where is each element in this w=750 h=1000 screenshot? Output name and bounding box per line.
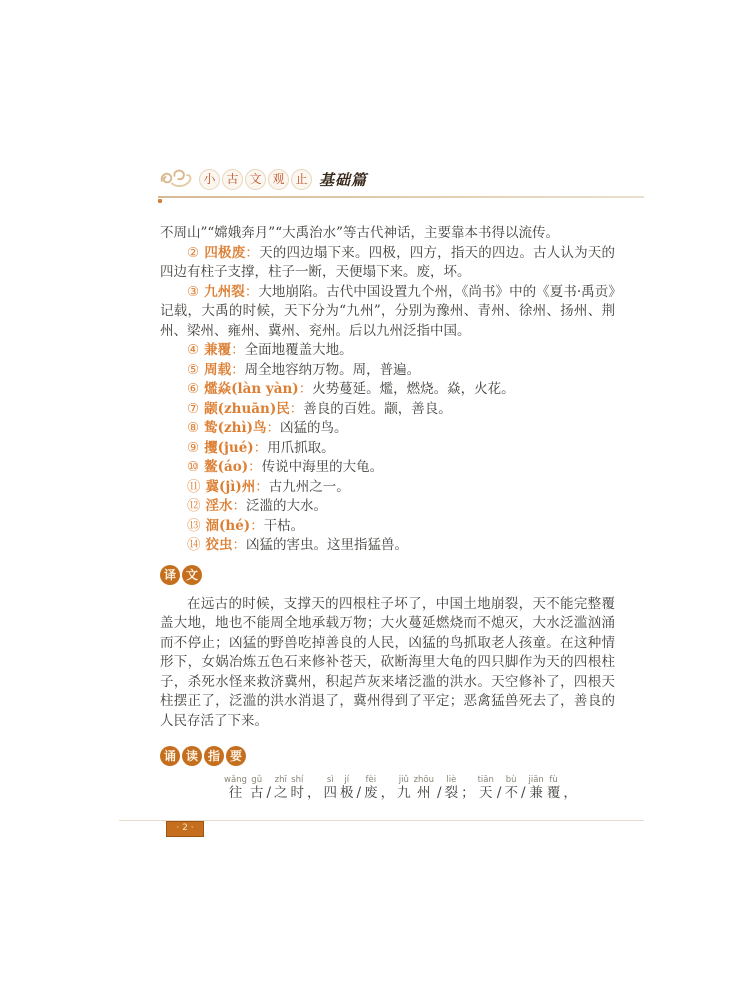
token-pinyin: fèi [366, 775, 377, 785]
recite-token: zhōu 州 [414, 775, 434, 802]
note-colon: ： [254, 440, 268, 456]
badge-char-circle: 读 [182, 746, 202, 766]
note-number: ② [187, 245, 199, 261]
recite-token: / [497, 775, 502, 802]
note-item: ⑥爁焱(làn yàn)：火势蔓延。爁，燃烧。焱，火花。 [160, 380, 615, 400]
badge-char-circle: 文 [182, 565, 202, 585]
note-term: 冀(jì)州 [206, 479, 256, 495]
note-item: ⑫淫水：泛滥的大水。 [160, 497, 615, 517]
note-definition: 干枯。 [264, 518, 305, 534]
recite-token: zhī 之 [274, 775, 288, 802]
token-char: 州 [417, 785, 431, 802]
token-char: ， [563, 785, 577, 802]
note-item: ⑧鸷(zhì)鸟：凶猛的鸟。 [160, 419, 615, 439]
token-char: 兼 [529, 785, 543, 802]
token-char: 裂 [445, 785, 459, 802]
brand-row: 小古文观止 基础篇 [158, 166, 644, 192]
note-term: 九州裂 [204, 284, 245, 300]
page-content: 不周山”“嫦娥奔月”“大禹治水”等古代神话，主要靠本书得以流传。 ②四极废：天的… [160, 224, 615, 802]
note-number: ⑬ [187, 518, 201, 534]
badge-char-circle: 要 [226, 746, 246, 766]
note-colon: ： [267, 420, 281, 436]
note-definition: 善良的百姓。颛，善良。 [303, 401, 452, 417]
cloud-flourish-icon [158, 167, 196, 191]
recite-token: ； [461, 775, 475, 802]
recite-token: / [266, 775, 271, 802]
note-number: ⑦ [187, 401, 199, 417]
token-pinyin: sì [327, 775, 334, 785]
brand-title-char: 古 [222, 169, 243, 190]
recite-token: ， [307, 775, 321, 802]
note-colon: ： [250, 518, 264, 534]
token-char: 四 [324, 785, 338, 802]
token-char: 天 [479, 785, 493, 802]
token-pinyin: wǎng [224, 775, 247, 785]
note-term: 淫水 [206, 498, 233, 514]
note-item: ⑩鳌(áo)：传说中海里的大龟。 [160, 458, 615, 478]
note-number: ③ [187, 284, 199, 300]
note-colon: ： [233, 498, 247, 514]
page-number-badge: · 2 · [166, 821, 204, 837]
token-pinyin: zhī [275, 775, 287, 785]
note-definition: 古九州之一。 [269, 479, 350, 495]
recite-token: liè 裂 [445, 775, 459, 802]
note-term: 鳌(áo) [204, 459, 248, 475]
note-item: ⑤周载：周全地容纳万物。周，普遍。 [160, 361, 615, 381]
note-definition: 用爪抓取。 [267, 440, 335, 456]
note-term: 周载 [204, 362, 231, 378]
note-number: ④ [187, 342, 199, 358]
token-pinyin: liè [446, 775, 456, 785]
token-char: / [357, 785, 362, 802]
note-term: 颛(zhuān)民 [204, 401, 290, 417]
brand-title-char: 小 [199, 169, 220, 190]
note-colon: ： [248, 459, 262, 475]
token-char: / [266, 785, 271, 802]
note-item: ④兼覆：全面地覆盖大地。 [160, 341, 615, 361]
note-item: ②四极废：天的四边塌下来。四极，四方，指天的四边。古人认为天的四边有柱子支撑，柱… [160, 244, 615, 283]
token-pinyin: zhōu [414, 775, 434, 785]
recite-token: tiān 天 [478, 775, 494, 802]
note-colon: ： [245, 284, 259, 300]
page-header: 小古文观止 基础篇 [158, 166, 644, 198]
token-char: 废 [364, 785, 378, 802]
note-item: ⑪冀(jì)州：古九州之一。 [160, 478, 615, 498]
token-char: 古 [250, 785, 264, 802]
book-page: 小古文观止 基础篇 不周山”“嫦娥奔月”“大禹治水”等古代神话，主要靠本书得以流… [0, 0, 750, 1000]
recite-token: jiǔ 九 [397, 775, 411, 802]
note-term: 涸(hé) [206, 518, 251, 534]
recite-line: wǎng 往 gǔ 古 / zhī 之 shí 时 ， sì 四 jí [224, 775, 615, 802]
token-char: ； [461, 785, 475, 802]
note-term: 四极废 [204, 245, 245, 261]
token-char: 之 [274, 785, 288, 802]
note-item: ⑭狡虫：凶猛的害虫。这里指猛兽。 [160, 536, 615, 556]
token-char: 覆 [547, 785, 561, 802]
note-definition: 周全地容纳万物。周，普遍。 [245, 362, 421, 378]
translation-text: 在远古的时候，支撑天的四根柱子坏了，中国土地崩裂，天不能完整覆盖大地，地也不能周… [160, 595, 615, 732]
badge-char-circle: 诵 [160, 746, 180, 766]
note-colon: ： [231, 362, 245, 378]
header-rule-dot [158, 199, 162, 203]
note-definition: 火势蔓延。爁，燃烧。焱，火花。 [312, 381, 515, 397]
recite-token: ， [563, 775, 577, 802]
recite-token: fèi 废 [364, 775, 378, 802]
recite-token: sì 四 [324, 775, 338, 802]
recite-section-badge: 诵读指要 [160, 746, 615, 766]
note-term: 狡虫 [206, 537, 233, 553]
brand-title: 小古文观止 [199, 169, 312, 190]
token-char: 极 [340, 785, 354, 802]
token-pinyin: jí [344, 775, 349, 785]
note-number: ⑭ [187, 537, 201, 553]
recite-token: jí 极 [340, 775, 354, 802]
note-colon: ： [299, 381, 313, 397]
token-char: / [521, 785, 526, 802]
notes-list: ②四极废：天的四边塌下来。四极，四方，指天的四边。古人认为天的四边有柱子支撑，柱… [160, 244, 615, 556]
note-colon: ： [233, 537, 247, 553]
brand-subtitle: 基础篇 [319, 169, 367, 190]
token-pinyin: jiān [529, 775, 544, 785]
note-term: 攫(jué) [204, 440, 254, 456]
note-item: ⑬涸(hé)：干枯。 [160, 517, 615, 537]
note-number: ⑤ [187, 362, 199, 378]
recite-token: shí 时 [291, 775, 305, 802]
note-colon: ： [255, 479, 269, 495]
note-number: ⑫ [187, 498, 201, 514]
token-pinyin: fù [549, 775, 557, 785]
note-definition: 传说中海里的大龟。 [262, 459, 384, 475]
note-term: 爁焱(làn yàn) [204, 381, 299, 397]
note-definition: 凶猛的害虫。这里指猛兽。 [246, 537, 408, 553]
recite-token: ， [381, 775, 395, 802]
token-pinyin: tiān [478, 775, 494, 785]
token-pinyin: bù [506, 775, 517, 785]
translation-section-badge: 译文 [160, 565, 615, 585]
recite-token: / [437, 775, 442, 802]
note-item: ⑦颛(zhuān)民：善良的百姓。颛，善良。 [160, 400, 615, 420]
note-colon: ： [245, 245, 259, 261]
recite-token: bù 不 [504, 775, 518, 802]
recite-token: / [357, 775, 362, 802]
token-char: 不 [504, 785, 518, 802]
token-char: 九 [397, 785, 411, 802]
note-term: 兼覆 [204, 342, 231, 358]
note-definition: 全面地覆盖大地。 [245, 342, 353, 358]
recite-token: jiān 兼 [529, 775, 544, 802]
token-char: ， [381, 785, 395, 802]
header-rule [158, 196, 644, 198]
brand-title-char: 止 [291, 169, 312, 190]
note-item: ③九州裂：大地崩陷。古代中国设置九个州，《尚书》中的《夏书·禹贡》记载，大禹的时… [160, 283, 615, 342]
recite-token: wǎng 往 [224, 775, 247, 802]
note-colon: ： [290, 401, 304, 417]
badge-char-circle: 指 [204, 746, 224, 766]
token-pinyin: gǔ [251, 775, 262, 785]
token-char: 往 [229, 785, 243, 802]
token-char: / [497, 785, 502, 802]
recite-token: fù 覆 [547, 775, 561, 802]
note-number: ⑧ [187, 420, 199, 436]
token-char: / [437, 785, 442, 802]
note-number: ⑩ [187, 459, 199, 475]
token-pinyin: jiǔ [399, 775, 409, 785]
recite-token: gǔ 古 [250, 775, 264, 802]
recite-token: / [521, 775, 526, 802]
note-number: ⑥ [187, 381, 199, 397]
badge-char-circle: 译 [160, 565, 180, 585]
note-colon: ： [231, 342, 245, 358]
token-char: 时 [291, 785, 305, 802]
note-item: ⑨攫(jué)：用爪抓取。 [160, 439, 615, 459]
note-continuation-text: 不周山”“嫦娥奔月”“大禹治水”等古代神话，主要靠本书得以流传。 [160, 224, 615, 244]
brand-title-char: 观 [268, 169, 289, 190]
token-pinyin: shí [291, 775, 303, 785]
token-char: ， [307, 785, 321, 802]
note-number: ⑪ [187, 479, 201, 495]
note-term: 鸷(zhì)鸟 [204, 420, 266, 436]
note-definition: 泛滥的大水。 [246, 498, 327, 514]
note-number: ⑨ [187, 440, 199, 456]
brand-title-char: 文 [245, 169, 266, 190]
note-definition: 凶猛的鸟。 [280, 420, 348, 436]
